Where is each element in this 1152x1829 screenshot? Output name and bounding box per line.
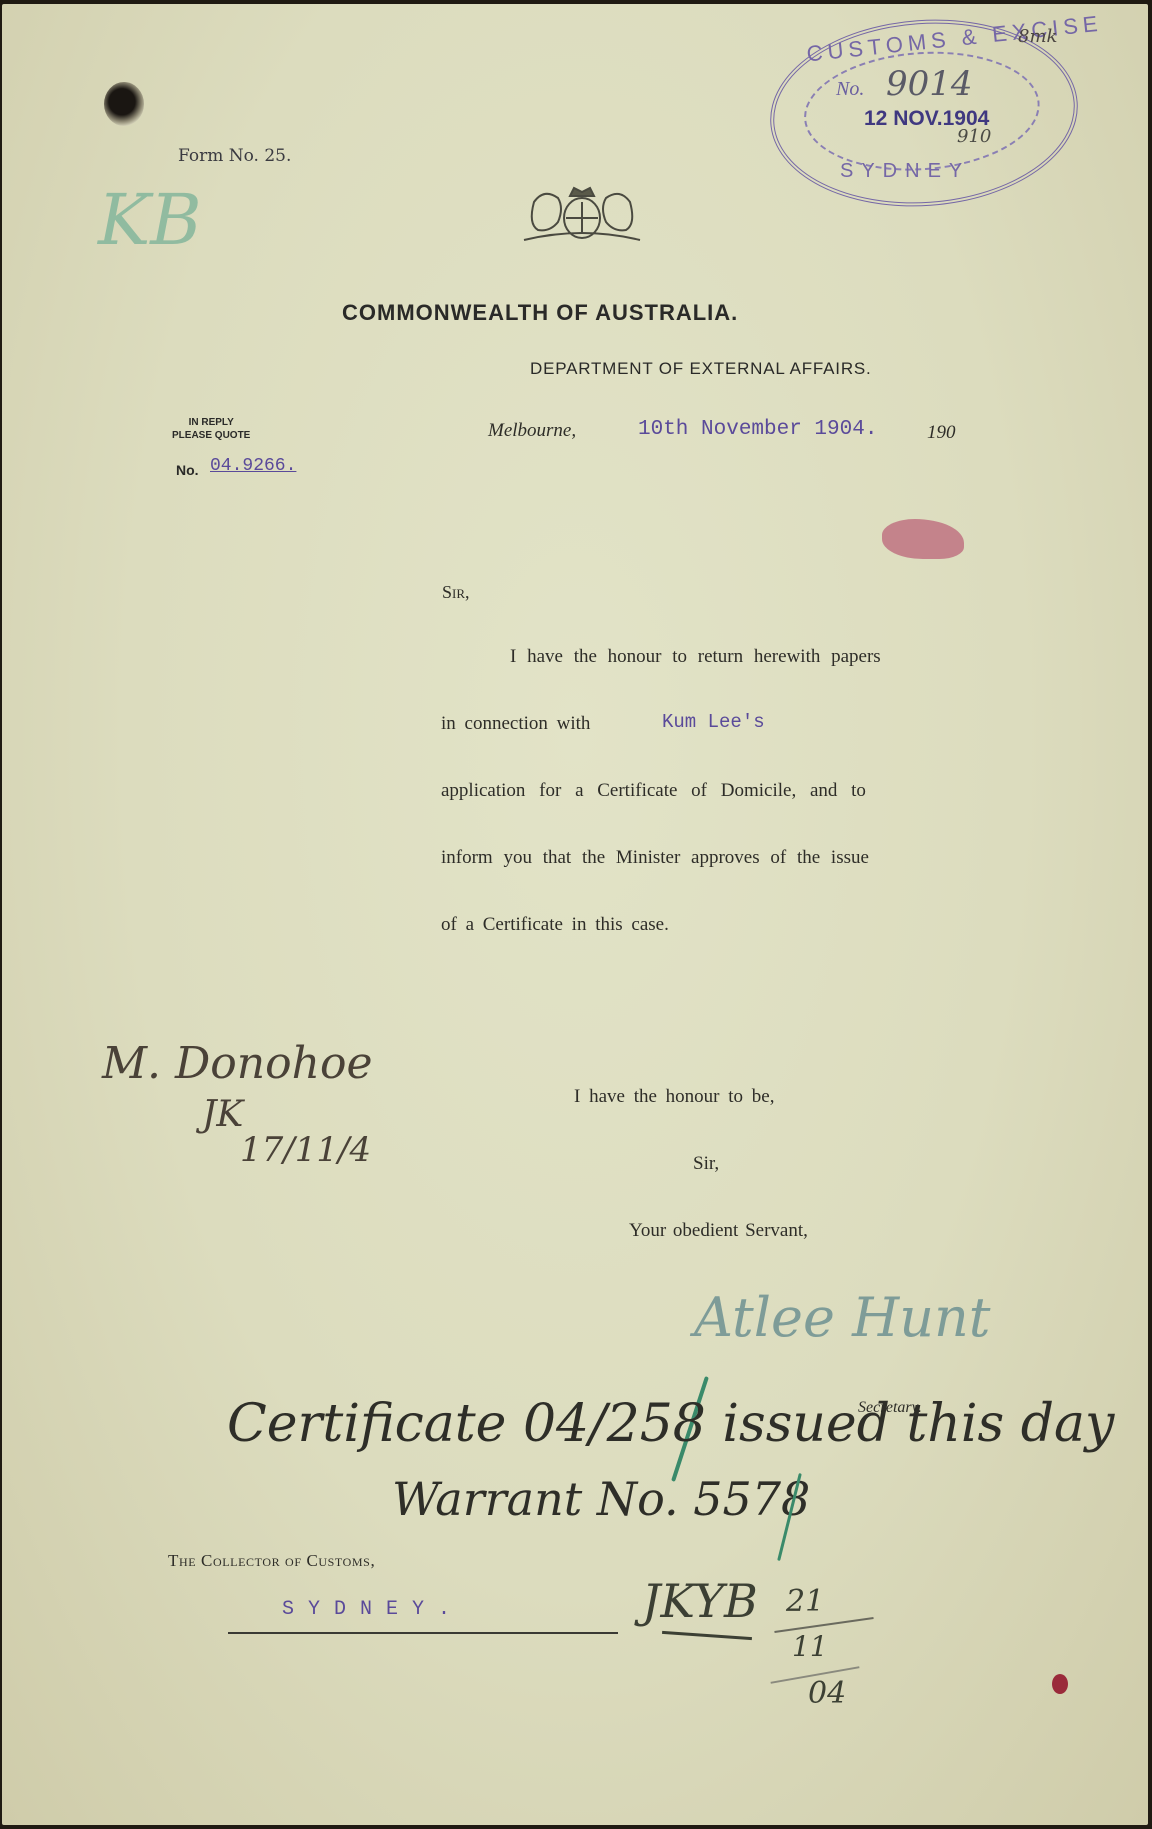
red-stain (1052, 1674, 1068, 1694)
reply-label-line1: IN REPLY (172, 416, 250, 429)
applicant-name: Kum Lee's (662, 711, 765, 733)
bottom-date-day: 21 (786, 1584, 824, 1619)
secretary-signature: Atlee Hunt (694, 1286, 990, 1349)
reply-reference-label: IN REPLY PLEASE QUOTE (172, 416, 250, 442)
closing-line-2: Sir, (693, 1153, 719, 1175)
margin-annotation-date: 17/11/4 (240, 1130, 371, 1170)
handwritten-warrant-note: Warrant No. 5578 (392, 1472, 810, 1526)
bottom-date-year: 04 (808, 1676, 846, 1711)
addressee-underline (228, 1632, 618, 1634)
green-pencil-initials: KB (98, 179, 202, 261)
stamp-number-label: No. (836, 78, 864, 101)
letter-date: 10th November 1904. (638, 418, 877, 441)
form-number: Form No. 25. (178, 146, 291, 166)
body-line-1: I have the honour to return herewith pap… (510, 646, 881, 668)
margin-annotation-initials: JK (202, 1094, 243, 1135)
body-line-4: inform you that the Minister approves of… (441, 847, 869, 869)
department-name: DEPARTMENT OF EXTERNAL AFFAIRS. (530, 359, 872, 379)
printed-year-prefix: 190 (927, 422, 956, 444)
handwritten-certificate-note: Certificate 04/258 issued this day (227, 1394, 1114, 1454)
salutation: Sir, (442, 582, 470, 603)
addressee-city: SYDNEY. (282, 1598, 464, 1621)
margin-annotation-name: M. Donohoe (102, 1044, 373, 1084)
addressee: The Collector of Customs, (168, 1551, 375, 1571)
body-line-5: of a Certificate in this case. (441, 914, 669, 936)
corner-note: 8mk (1018, 26, 1057, 47)
closing-line-1: I have the honour to be, (574, 1086, 774, 1108)
bottom-initials: JKYB (642, 1574, 758, 1628)
reply-label-line2: PLEASE QUOTE (172, 429, 250, 442)
punch-hole (104, 82, 144, 126)
coat-of-arms-icon (514, 182, 650, 248)
page-title: COMMONWEALTH OF AUSTRALIA. (342, 300, 738, 326)
reference-number-value: 04.9266. (210, 456, 296, 476)
bottom-date-month: 11 (792, 1630, 828, 1663)
wax-seal-stain (882, 519, 964, 559)
stamp-bottom-text: SYDNEY (840, 160, 970, 183)
reference-number-label: No. (176, 462, 199, 478)
document-page: Form No. 25. KB COMMONWEALTH OF AUSTRALI… (2, 4, 1148, 1825)
closing-line-3: Your obedient Servant, (629, 1220, 808, 1242)
initials-underline (662, 1631, 752, 1640)
place-of-issue: Melbourne, (488, 420, 576, 442)
body-line-3: application for a Certificate of Domicil… (441, 780, 866, 802)
stamp-number-value: 9014 (886, 64, 973, 104)
body-line-2: in connection with (441, 713, 590, 735)
stamp-extra-note: 910 (957, 126, 991, 147)
